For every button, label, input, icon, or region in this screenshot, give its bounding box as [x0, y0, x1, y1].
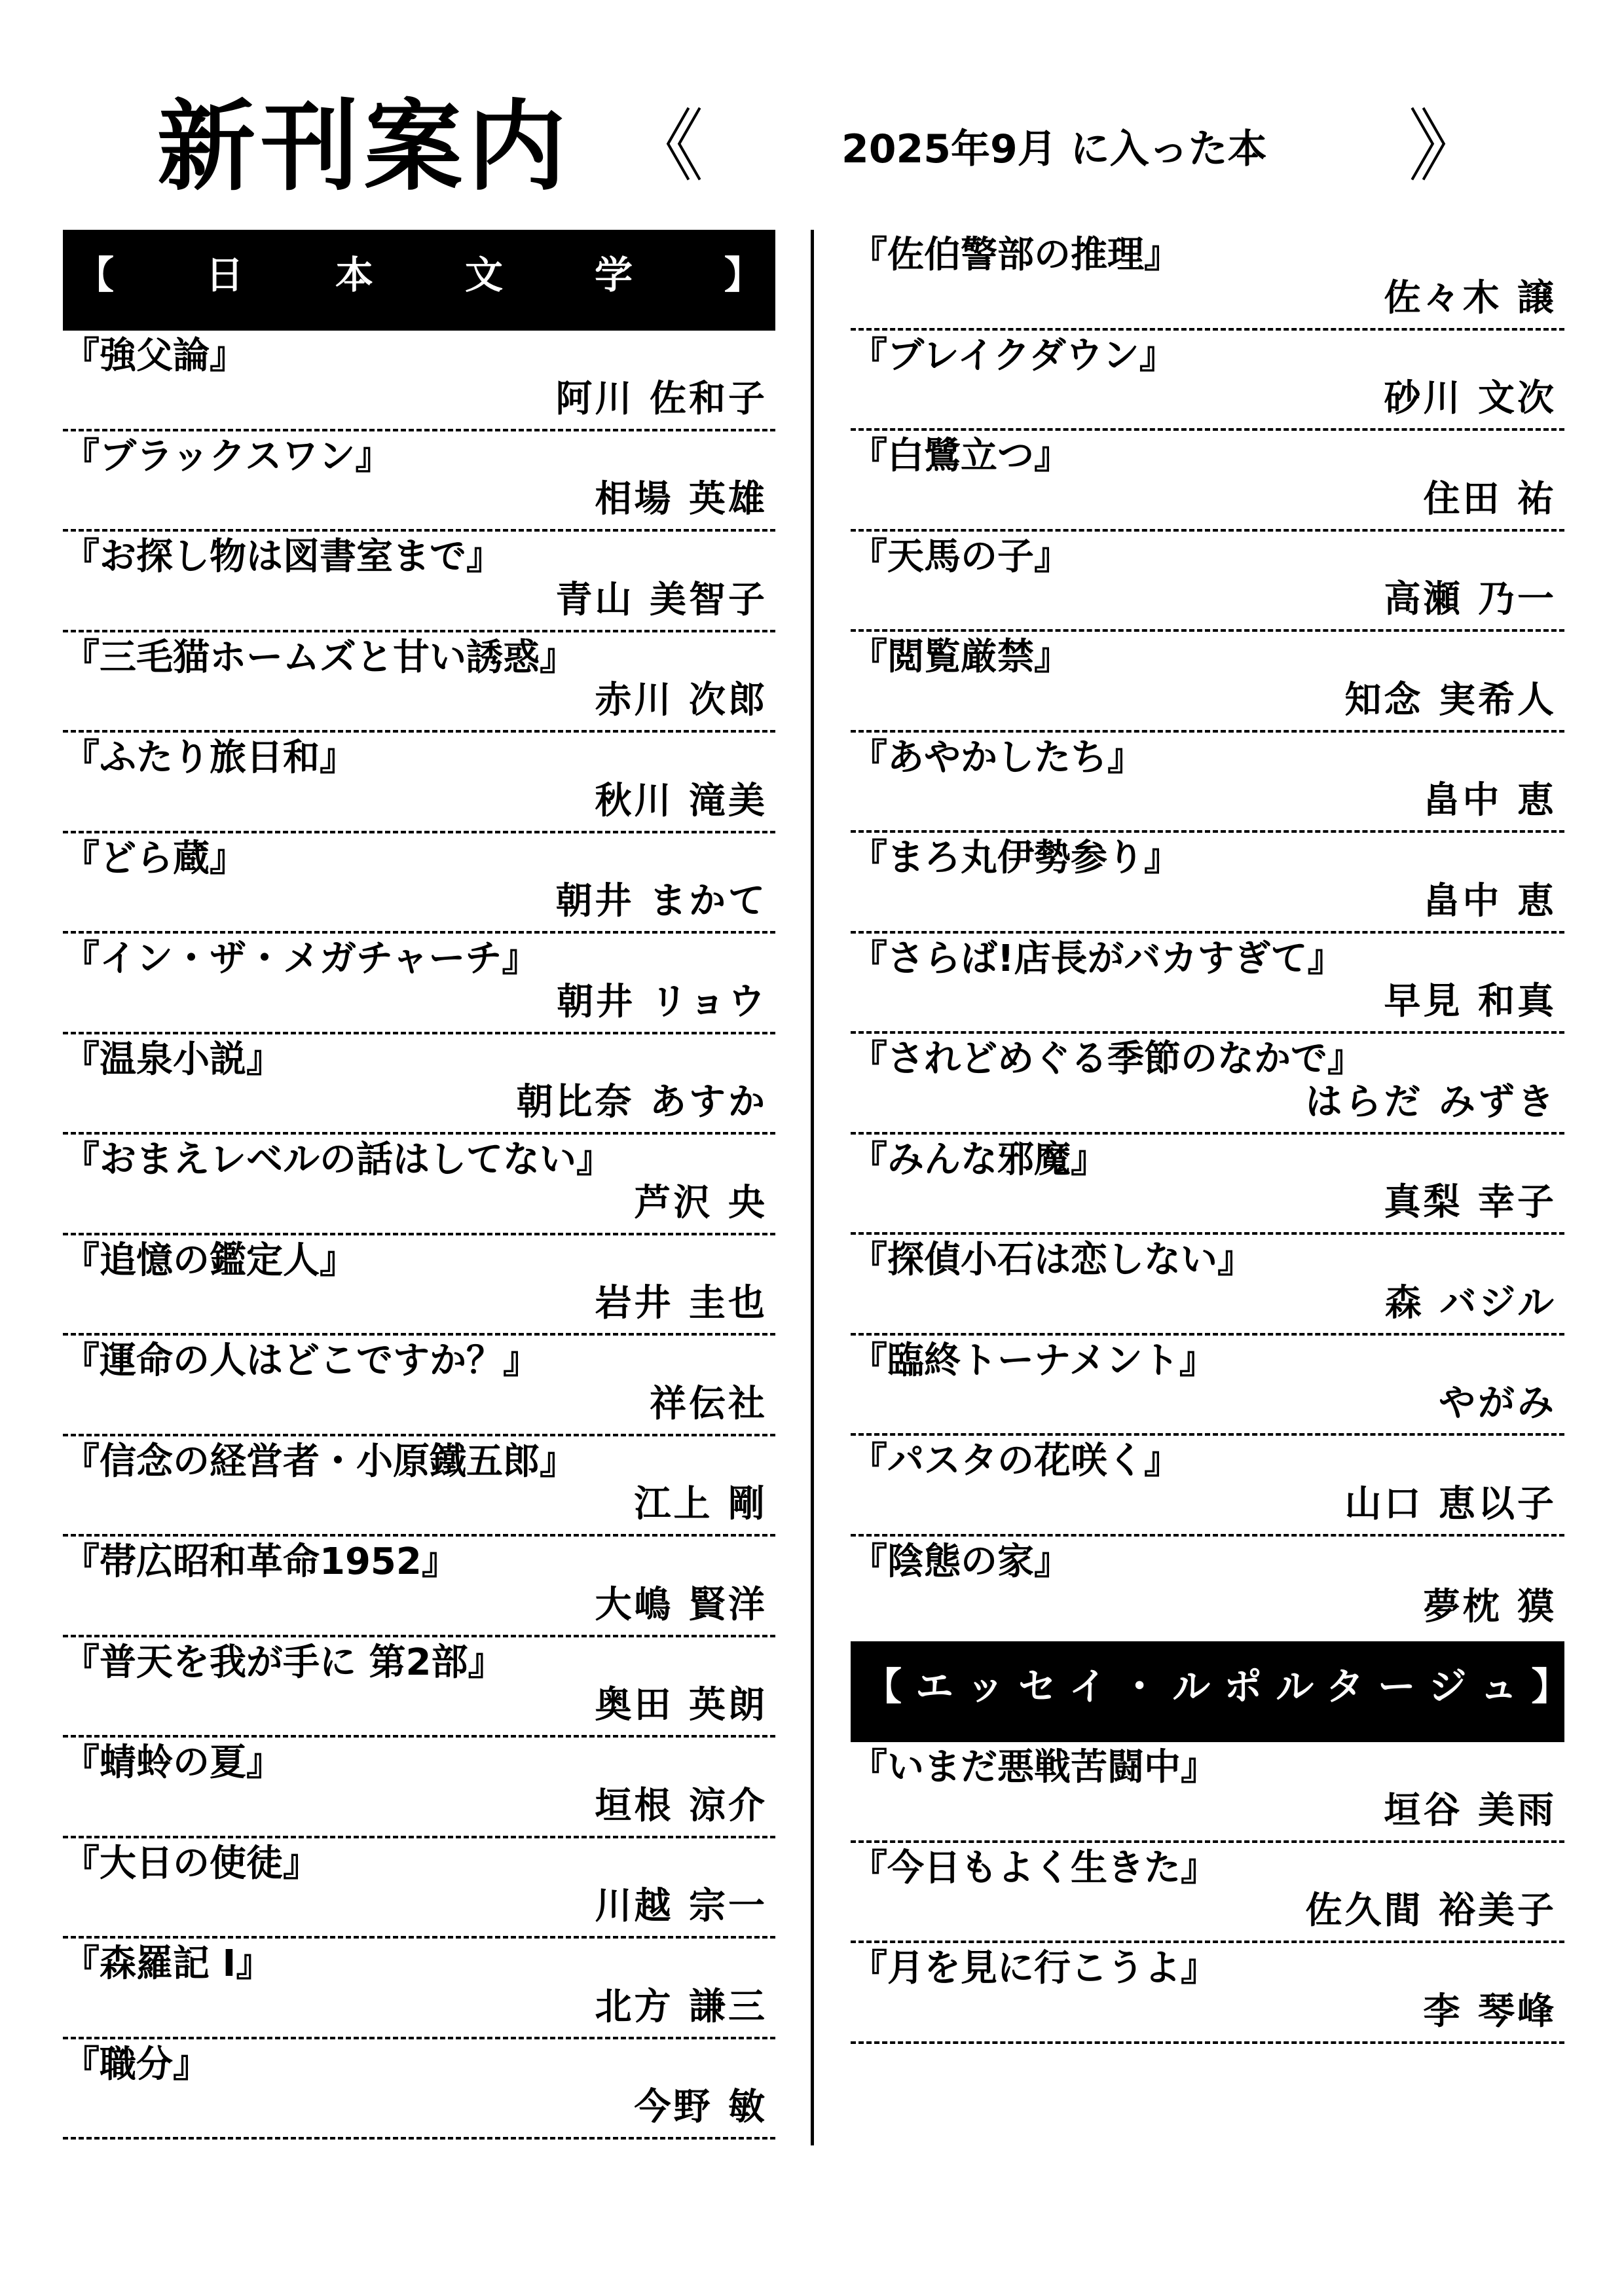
book-entry: 『されどめぐる季節のなかで』はらだ みずき [851, 1034, 1564, 1135]
book-entry: 『ブラックスワン』相場 英雄 [63, 431, 775, 532]
book-title: 『イン・ザ・メガチャーチ』 [63, 939, 538, 979]
book-title: 『今日もよく生きた』 [851, 1848, 1217, 1889]
book-title: 『パスタの花咲く』 [851, 1441, 1181, 1482]
book-author: 青山 美智子 [556, 580, 768, 621]
book-author: 今野 敏 [635, 2087, 768, 2128]
section-header-char: 日 [206, 256, 244, 331]
book-title: 『ブラックスワン』 [63, 437, 392, 477]
book-author: 佐久間 裕美子 [1306, 1891, 1557, 1931]
book-entry: 『今日もよく生きた』佐久間 裕美子 [851, 1843, 1564, 1944]
book-entry: 『陰態の家』夢枕 獏 [851, 1537, 1564, 1637]
book-entry: 『まろ丸伊勢参り』畠中 恵 [851, 833, 1564, 934]
book-author: 畠中 恵 [1424, 780, 1557, 821]
book-entry: 『あやかしたち』畠中 恵 [851, 733, 1564, 833]
book-author: 垣根 涼介 [595, 1786, 768, 1827]
book-author: 朝井 まかて [556, 881, 768, 922]
book-title: 『お探し物は図書室まで』 [63, 537, 503, 577]
book-entry: 『お探し物は図書室まで』青山 美智子 [63, 532, 775, 632]
book-title: 『追憶の鑑定人』 [63, 1241, 356, 1281]
book-title: 『陰態の家』 [851, 1542, 1071, 1582]
book-entry: 『どら蔵』朝井 まかて [63, 833, 775, 934]
book-entry: 『イン・ザ・メガチャーチ』朝井 リョウ [63, 934, 775, 1034]
book-title: 『大日の使徒』 [63, 1844, 320, 1884]
page-title: 新刊案内 [157, 98, 571, 196]
book-title: 『運命の人はどこですか？』 [63, 1341, 540, 1381]
book-author: 早見 和真 [1384, 981, 1557, 1022]
book-entry: 『信念の経営者・小原鐵五郎』江上 剛 [63, 1436, 775, 1537]
book-title: 『閲覧厳禁』 [851, 637, 1071, 678]
book-title: 『信念の経営者・小原鐵五郎』 [63, 1442, 576, 1482]
book-author: 北方 謙三 [595, 1987, 768, 2028]
book-entry: 『職分』今野 敏 [63, 2039, 775, 2140]
book-entry: 『さらば!店長がバカすぎて』早見 和真 [851, 934, 1564, 1034]
book-entry: 『強父論』阿川 佐和子 [63, 331, 775, 431]
book-author: 江上 剛 [635, 1484, 768, 1525]
book-author: 朝比奈 あすか [517, 1082, 768, 1123]
book-entry: 『いまだ悪戦苦闘中』垣谷 美雨 [851, 1742, 1564, 1843]
book-entry: 『みんな邪魔』真梨 幸子 [851, 1135, 1564, 1235]
section-header-char: 文 [465, 256, 503, 331]
close-double-angle-bracket: 》 [1408, 108, 1486, 187]
book-entry: 『佐伯警部の推理』佐々木 譲 [851, 230, 1564, 331]
book-title: 『帯広昭和革命1952』 [63, 1542, 458, 1582]
book-entry: 『ふたり旅日和』秋川 滝美 [63, 733, 775, 833]
book-author: 芦沢 央 [635, 1183, 768, 1224]
section-header-char: 【 [76, 256, 114, 331]
open-double-angle-bracket: 《 [625, 108, 704, 187]
book-author: 阿川 佐和子 [556, 379, 768, 420]
book-author: やがみ [1439, 1383, 1557, 1424]
book-title: 『されどめぐる季節のなかで』 [851, 1039, 1364, 1080]
book-author: 祥伝社 [650, 1384, 767, 1425]
book-author: 岩井 圭也 [595, 1283, 768, 1324]
section-header-char: 】 [724, 256, 762, 331]
book-entry: 『臨終トーナメント』やがみ [851, 1336, 1564, 1436]
book-title: 『いまだ悪戦苦闘中』 [851, 1747, 1217, 1788]
book-entry: 『蜻蛉の夏』垣根 涼介 [63, 1738, 775, 1838]
book-title: 『まろ丸伊勢参り』 [851, 838, 1181, 879]
book-entry: 『月を見に行こうよ』李 琴峰 [851, 1943, 1564, 2044]
page-subtitle: 2025年9月 に入った本 [841, 130, 1267, 169]
book-title: 『蜻蛉の夏』 [63, 1743, 283, 1783]
book-author: 佐々木 譲 [1384, 278, 1557, 319]
book-author: 住田 祐 [1424, 479, 1557, 520]
book-title: 『どら蔵』 [63, 839, 246, 879]
book-title: 『三毛猫ホームズと甘い誘惑』 [63, 638, 576, 678]
book-entry: 『運命の人はどこですか？』祥伝社 [63, 1336, 775, 1436]
book-title: 『森羅記 Ⅰ』 [63, 1944, 272, 1984]
book-title: 『ふたり旅日和』 [63, 738, 356, 778]
book-title: 『職分』 [63, 2045, 210, 2085]
column-divider [811, 230, 814, 2145]
book-title: 『強父論』 [63, 336, 246, 376]
book-author: 夢枕 獏 [1424, 1587, 1557, 1628]
book-title: 『探偵小石は恋しない』 [851, 1240, 1254, 1281]
book-title: 『温泉小説』 [63, 1040, 283, 1080]
book-entry: 『ブレイクダウン』砂川 文次 [851, 331, 1564, 431]
book-author: 森 バジル [1385, 1283, 1557, 1324]
section-header-japanese-literature: 【 日 本 文 学 】 [63, 230, 775, 331]
book-entry: 『おまえレベルの話はしてない』芦沢 央 [63, 1135, 775, 1235]
section-header-essay-reportage: 【エッセイ・ルポルタージュ】 [851, 1641, 1564, 1742]
book-author: 大嶋 賢洋 [595, 1585, 768, 1626]
left-column: 【 日 本 文 学 】 『強父論』阿川 佐和子 『ブラックスワン』相場 英雄 『… [63, 230, 775, 2140]
book-author: はらだ みずき [1306, 1082, 1557, 1123]
book-title: 『月を見に行こうよ』 [851, 1948, 1217, 1989]
book-title: 『天馬の子』 [851, 537, 1071, 577]
book-title: 『さらば!店長がバカすぎて』 [851, 939, 1344, 979]
book-entry: 『温泉小説』朝比奈 あすか [63, 1034, 775, 1135]
book-entry: 『閲覧厳禁』知念 実希人 [851, 632, 1564, 733]
book-entry: 『大日の使徒』川越 宗一 [63, 1838, 775, 1939]
book-author: 真梨 幸子 [1384, 1182, 1557, 1223]
book-author: 相場 英雄 [595, 479, 768, 520]
book-entry: 『普天を我が手に 第2部』奥田 英朗 [63, 1637, 775, 1738]
book-title: 『みんな邪魔』 [851, 1140, 1107, 1180]
book-author: 奥田 英朗 [595, 1685, 768, 1726]
book-entry: 『森羅記 Ⅰ』北方 謙三 [63, 1939, 775, 2039]
book-author: 高瀬 乃一 [1384, 579, 1557, 620]
book-entry: 『三毛猫ホームズと甘い誘惑』赤川 次郎 [63, 632, 775, 733]
right-column: 『佐伯警部の推理』佐々木 譲 『ブレイクダウン』砂川 文次 『白鷺立つ』住田 祐… [851, 230, 1564, 2044]
book-title: 『佐伯警部の推理』 [851, 235, 1181, 276]
book-title: 『ブレイクダウン』 [851, 336, 1176, 376]
book-entry: 『追憶の鑑定人』岩井 圭也 [63, 1235, 775, 1336]
book-entry: 『パスタの花咲く』山口 恵以子 [851, 1436, 1564, 1537]
book-title: 『あやかしたち』 [851, 738, 1144, 778]
book-entry: 『天馬の子』高瀬 乃一 [851, 532, 1564, 632]
book-author: 知念 実希人 [1345, 680, 1557, 721]
book-author: 秋川 滝美 [595, 781, 768, 822]
book-author: 山口 恵以子 [1345, 1484, 1557, 1525]
book-author: 朝井 リョウ [557, 982, 767, 1023]
section-header-char: 本 [335, 256, 373, 331]
book-author: 川越 宗一 [595, 1886, 768, 1927]
book-author: 砂川 文次 [1384, 378, 1557, 419]
book-title: 『普天を我が手に 第2部』 [63, 1643, 504, 1683]
book-entry: 『帯広昭和革命1952』大嶋 賢洋 [63, 1537, 775, 1637]
book-entry: 『白鷺立つ』住田 祐 [851, 431, 1564, 532]
book-entry: 『探偵小石は恋しない』森 バジル [851, 1235, 1564, 1336]
book-author: 垣谷 美雨 [1384, 1791, 1557, 1831]
section-header-char: 学 [595, 256, 633, 331]
book-title: 『臨終トーナメント』 [851, 1341, 1216, 1381]
book-title: 『白鷺立つ』 [851, 436, 1071, 477]
book-author: 赤川 次郎 [595, 680, 768, 721]
book-author: 李 琴峰 [1424, 1992, 1557, 2032]
book-author: 畠中 恵 [1424, 881, 1557, 922]
book-title: 『おまえレベルの話はしてない』 [63, 1140, 613, 1180]
